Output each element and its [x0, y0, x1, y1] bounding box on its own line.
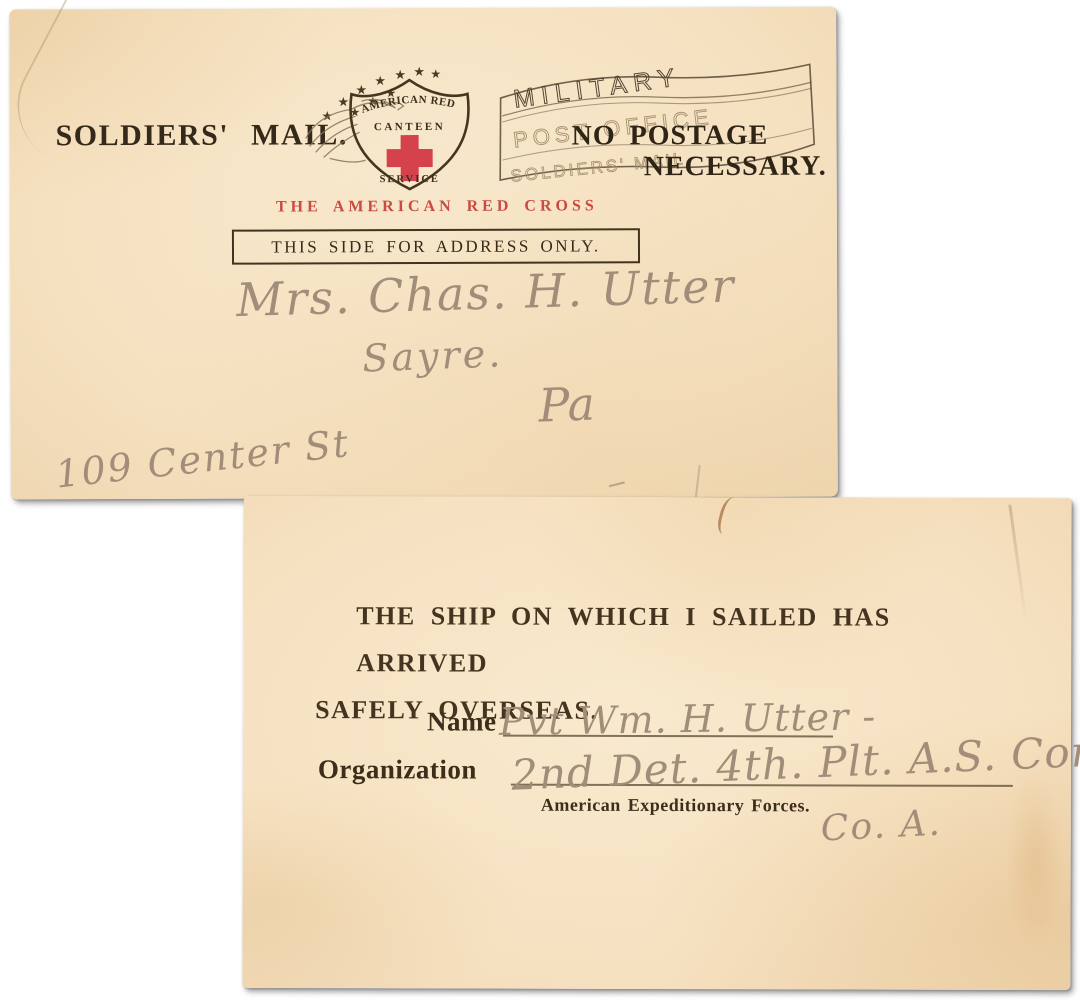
arrival-heading-line1: THE SHIP ON WHICH I SAILED HAS ARRIVED	[315, 592, 1015, 688]
emblem-service-text: SERVICE	[380, 174, 440, 185]
svg-text:★: ★	[430, 67, 441, 81]
handwritten-state: Pa	[538, 376, 596, 432]
pencil-tick-mark	[695, 465, 701, 497]
address-only-text: THIS SIDE FOR ADDRESS ONLY.	[271, 236, 600, 257]
svg-text:★: ★	[394, 67, 406, 82]
pencil-dash-mark	[609, 481, 625, 487]
svg-text:★: ★	[374, 73, 386, 88]
name-label: Name	[427, 706, 497, 737]
svg-text:★: ★	[337, 94, 349, 109]
necessary-text: NECESSARY.	[644, 151, 827, 184]
emblem-canteen-text: CANTEEN	[374, 121, 445, 133]
postcard-back: THE SHIP ON WHICH I SAILED HAS ARRIVED S…	[242, 496, 1071, 990]
handwritten-city: Sayre.	[362, 331, 504, 380]
svg-text:★: ★	[321, 108, 333, 123]
handwritten-street-address: 109 Center St	[53, 421, 352, 497]
postcard-scan: SOLDIERS' MAIL. ★ ★ ★ ★ ★ ★ ★ ★ ★ ★	[0, 0, 1080, 1002]
crease-mark	[715, 495, 743, 536]
postmark-military-text: MILITARY	[512, 63, 683, 114]
american-red-cross-line: THE AMERICAN RED CROSS	[10, 196, 864, 217]
postcard-front: SOLDIERS' MAIL. ★ ★ ★ ★ ★ ★ ★ ★ ★ ★	[9, 7, 838, 500]
stain-mark	[1004, 770, 1064, 950]
no-postage-text: NO POSTAGE	[572, 120, 769, 152]
expeditionary-forces-text: American Expeditionary Forces.	[541, 795, 810, 817]
handwritten-name: Pvt Wm. H. Utter -	[499, 694, 877, 744]
handwritten-company: Co. A.	[820, 803, 943, 850]
handwritten-addressee: Mrs. Chas. H. Utter	[235, 258, 736, 327]
address-only-box: THIS SIDE FOR ADDRESS ONLY.	[232, 228, 640, 264]
organization-label: Organization	[318, 754, 477, 785]
svg-text:★: ★	[413, 64, 425, 79]
red-cross-canteen-emblem: ★ ★ ★ ★ ★ ★ ★ ★ ★ ★	[299, 58, 511, 201]
